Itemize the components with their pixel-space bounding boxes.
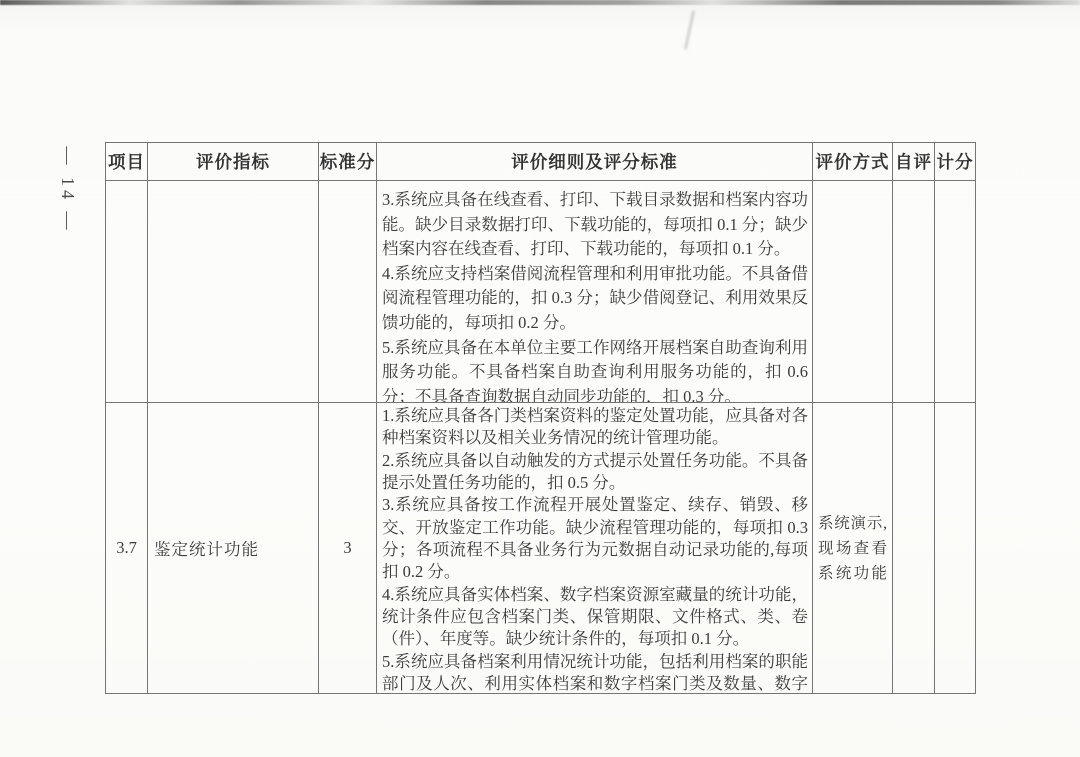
- row1-criteria-item-4: 4.系统应支持档案借阅流程管理和利用审批功能。不具备借阅流程管理功能的，扣 0.…: [382, 262, 808, 336]
- header-criteria: 评价细则及评分标准: [377, 143, 813, 181]
- row2-standard-score: 3: [319, 403, 377, 694]
- row2-self-score: [893, 403, 935, 694]
- row2-method-line-1: 系统演示,: [813, 511, 892, 536]
- row1-self-score: [893, 181, 935, 403]
- row2-criteria-item-1: 1.系统应具备各门类档案资料的鉴定处置功能，应具备对各种档案资料以及相关业务情况…: [382, 405, 808, 450]
- header-indicator: 评价指标: [148, 143, 319, 181]
- scanned-page: — 14 — 项目 评价指标 标准分 评价细则及评分标准 评价方式 自评 计分 …: [0, 0, 1080, 757]
- header-self-score: 自评: [893, 143, 935, 181]
- row2-criteria-item-4: 4.系统应具备实体档案、数字档案资源室藏量的统计功能，统计条件应包含档案门类、保…: [382, 584, 808, 651]
- scan-top-edge-shadow: [0, 0, 1080, 5]
- row2-method-line-2: 现场查看: [813, 536, 892, 561]
- row1-standard-score: [319, 181, 377, 403]
- header-standard-score: 标准分: [319, 143, 377, 181]
- row1-criteria-item-3: 3.系统应具备在线查看、打印、下载目录数据和档案内容功能。缺少目录数据打印、下载…: [382, 188, 808, 262]
- row2-criteria-item-2: 2.系统应具备以自动触发的方式提示处置任务功能。不具备提示处置任务功能的，扣 0…: [382, 450, 808, 495]
- row2-criteria-item-5: 5.系统应具备档案利用情况统计功能，包括利用档案的职能部门及人次、利用实体档案和…: [382, 651, 808, 694]
- scan-smudge-mark: [684, 10, 695, 50]
- row1-criteria-item-5: 5.系统应具备在本单位主要工作网络开展档案自助查询利用服务功能。不具备档案自助查…: [382, 336, 808, 403]
- header-method: 评价方式: [813, 143, 893, 181]
- header-item: 项目: [106, 143, 148, 181]
- row1-points: [935, 181, 976, 403]
- row2-criteria-cell: 1.系统应具备各门类档案资料的鉴定处置功能，应具备对各种档案资料以及相关业务情况…: [377, 403, 813, 694]
- row2-points: [935, 403, 976, 694]
- row1-method: [813, 181, 893, 403]
- row1-criteria-cell: 3.系统应具备在线查看、打印、下载目录数据和档案内容功能。缺少目录数据打印、下载…: [377, 181, 813, 403]
- row2-indicator: 鉴定统计功能: [148, 403, 319, 694]
- row2-method: 系统演示, 现场查看 系统功能: [813, 403, 893, 694]
- header-points: 计分: [935, 143, 976, 181]
- page-number: — 14 —: [54, 130, 78, 250]
- row2-method-line-3: 系统功能: [813, 561, 892, 586]
- row2-item: 3.7: [106, 403, 148, 694]
- row2-criteria-item-3: 3.系统应具备按工作流程开展处置鉴定、续存、销毁、移交、开放鉴定工作功能。缺少流…: [382, 494, 808, 583]
- row1-item: [106, 181, 148, 403]
- row1-indicator: [148, 181, 319, 403]
- evaluation-table: 项目 评价指标 标准分 评价细则及评分标准 评价方式 自评 计分 3.系统应具备…: [105, 142, 976, 694]
